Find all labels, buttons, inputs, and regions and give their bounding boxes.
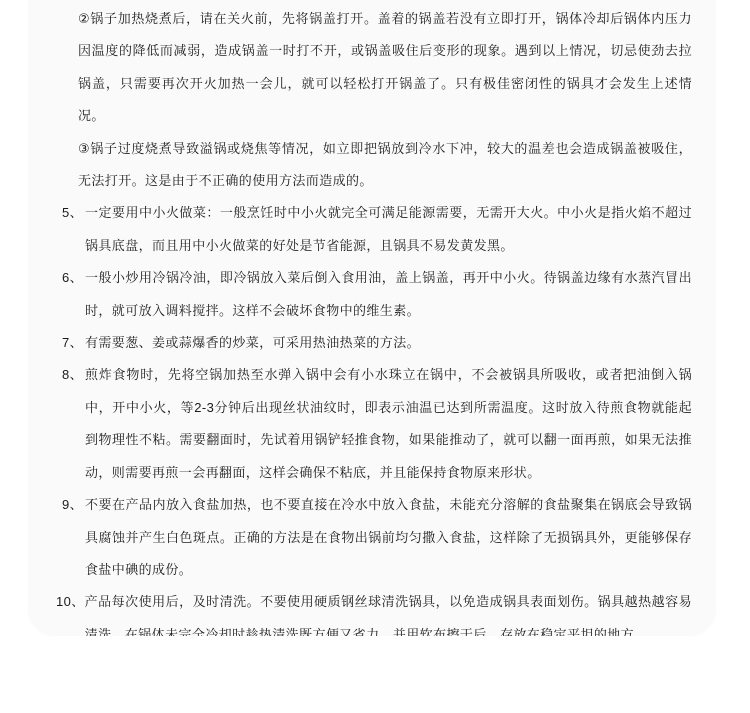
page-background: ②锅子加热烧煮后，请在关火前，先将锅盖打开。盖着的锅盖若没有立即打开，锅体冷却后… bbox=[0, 0, 750, 713]
list-item-circled-3: ③锅子过度烧煮导致溢锅或烧焦等情况，如立即把锅放到冷水下冲，较大的温差也会造成锅… bbox=[78, 133, 692, 198]
list-item-8-marker: 8、 bbox=[62, 359, 85, 391]
list-item-6-text: 一般小炒用冷锅冷油，即冷锅放入菜后倒入食用油，盖上锅盖，再开中小火。待锅盖边缘有… bbox=[85, 262, 692, 327]
list-item-6-marker: 6、 bbox=[62, 262, 85, 294]
list-item-10-text: 产品每次使用后，及时清洗。不要使用硬质钢丝球清洗锅具，以免造成锅具表面划伤。锅具… bbox=[85, 586, 692, 636]
list-item-7-text: 有需要葱、姜或蒜爆香的炒菜，可采用热油热菜的方法。 bbox=[85, 327, 692, 359]
instruction-list: ②锅子加热烧煮后，请在关火前，先将锅盖打开。盖着的锅盖若没有立即打开，锅体冷却后… bbox=[28, 0, 716, 636]
list-item-7: 7、 有需要葱、姜或蒜爆香的炒菜，可采用热油热菜的方法。 bbox=[62, 327, 692, 359]
list-item-8-text: 煎炸食物时，先将空锅加热至水弹入锅中会有小水珠立在锅中，不会被锅具所吸收，或者把… bbox=[85, 359, 692, 489]
list-item-8: 8、 煎炸食物时，先将空锅加热至水弹入锅中会有小水珠立在锅中，不会被锅具所吸收，… bbox=[62, 359, 692, 489]
list-item-circled-2: ②锅子加热烧煮后，请在关火前，先将锅盖打开。盖着的锅盖若没有立即打开，锅体冷却后… bbox=[78, 3, 692, 133]
list-item-6: 6、 一般小炒用冷锅冷油，即冷锅放入菜后倒入食用油，盖上锅盖，再开中小火。待锅盖… bbox=[62, 262, 692, 327]
list-item-7-marker: 7、 bbox=[62, 327, 85, 359]
list-item-9-marker: 9、 bbox=[62, 489, 85, 521]
list-item-10-marker: 10、 bbox=[56, 586, 85, 618]
list-item-5: 5、 一定要用中小火做菜：一般烹饪时中小火就完全可满足能源需要，无需开大火。中小… bbox=[62, 197, 692, 262]
list-item-9: 9、 不要在产品内放入食盐加热，也不要直接在冷水中放入食盐，未能充分溶解的食盐聚… bbox=[62, 489, 692, 586]
list-item-10: 10、 产品每次使用后，及时清洗。不要使用硬质钢丝球清洗锅具，以免造成锅具表面划… bbox=[62, 586, 692, 636]
instructions-card: ②锅子加热烧煮后，请在关火前，先将锅盖打开。盖着的锅盖若没有立即打开，锅体冷却后… bbox=[28, 0, 716, 636]
list-item-5-text: 一定要用中小火做菜：一般烹饪时中小火就完全可满足能源需要，无需开大火。中小火是指… bbox=[85, 197, 692, 262]
list-item-5-marker: 5、 bbox=[62, 197, 85, 229]
list-item-9-text: 不要在产品内放入食盐加热，也不要直接在冷水中放入食盐，未能充分溶解的食盐聚集在锅… bbox=[85, 489, 692, 586]
